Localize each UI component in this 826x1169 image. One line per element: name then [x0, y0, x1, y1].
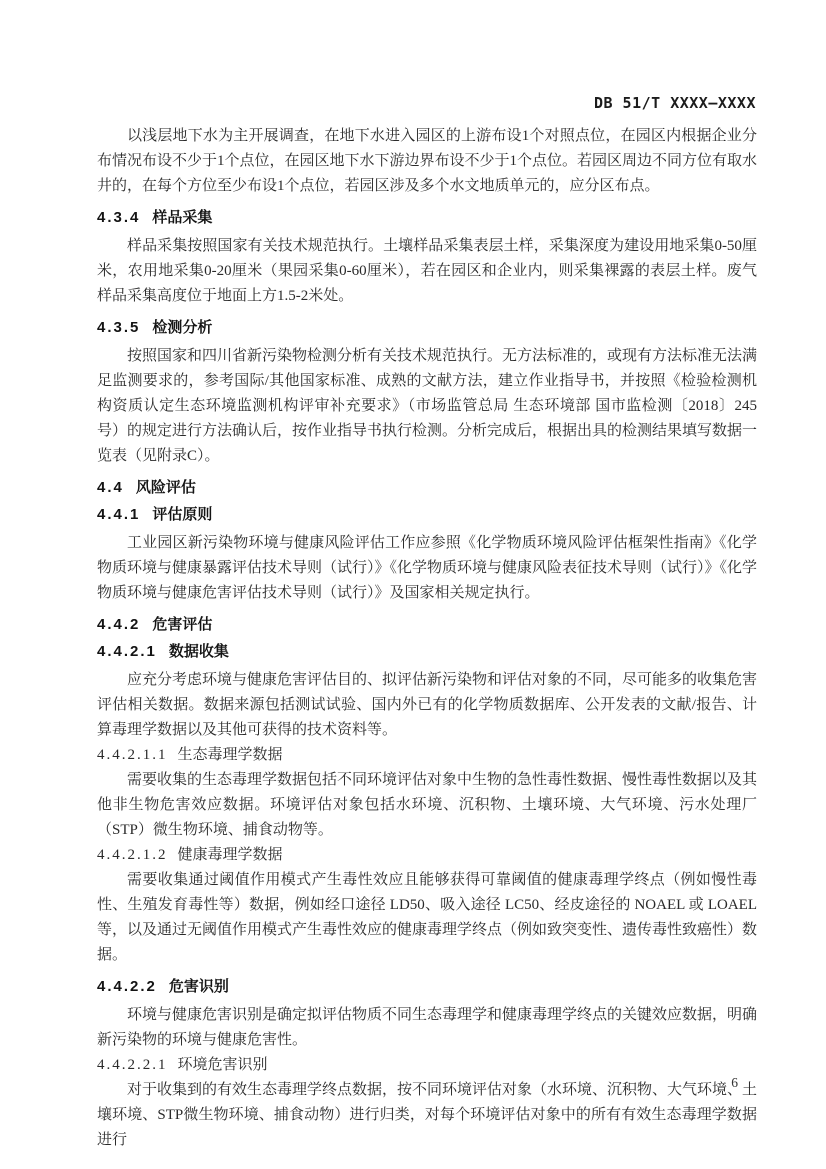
heading-number: 4.4.2.2.1 — [97, 1057, 168, 1073]
para-environmental-hazard-identification: 对于收集到的有效生态毒理学终点数据，按不同环境评估对象（水环境、沉积物、大气环境… — [97, 1078, 757, 1153]
heading-assessment-principles: 4.4.1评估原则 — [97, 506, 757, 523]
heading-number: 4.4.1 — [97, 506, 140, 523]
heading-number: 4.4.2 — [97, 616, 140, 633]
heading-sample-collection: 4.3.4样品采集 — [97, 209, 757, 226]
heading-number: 4.3.5 — [97, 319, 140, 336]
heading-risk-assessment: 4.4风险评估 — [97, 479, 757, 496]
heading-title: 评估原则 — [152, 506, 212, 523]
subheading-environmental-hazard-identification: 4.4.2.2.1环境危害识别 — [97, 1053, 757, 1078]
page-number: 6 — [731, 1075, 738, 1091]
heading-number: 4.4.2.1.1 — [97, 747, 168, 763]
heading-number: 4.4.2.1 — [97, 643, 157, 660]
para-detection-analysis: 按照国家和四川省新污染物检测分析有关技术规范执行。无方法标准的，或现有方法标准无… — [97, 344, 757, 469]
heading-title: 危害评估 — [152, 616, 212, 633]
heading-title: 风险评估 — [136, 479, 196, 496]
subheading-health-toxicology-data: 4.4.2.1.2健康毒理学数据 — [97, 843, 757, 868]
document-body: 以浅层地下水为主开展调查，在地下水进入园区的上游布设1个对照点位，在园区内根据企… — [97, 124, 757, 1153]
heading-title: 检测分析 — [152, 319, 212, 336]
heading-hazard-identification: 4.4.2.2危害识别 — [97, 978, 757, 995]
para-data-collection: 应充分考虑环境与健康危害评估目的、拟评估新污染物和评估对象的不同，尽可能多的收集… — [97, 668, 757, 743]
para-sample-collection: 样品采集按照国家有关技术规范执行。土壤样品采集表层土样，采集深度为建设用地采集0… — [97, 234, 757, 309]
heading-title: 环境危害识别 — [178, 1057, 268, 1073]
heading-number: 4.4.2.2 — [97, 978, 157, 995]
para-health-toxicology-data: 需要收集通过阈值作用模式产生毒性效应且能够获得可靠阈值的健康毒理学终点（例如慢性… — [97, 868, 757, 968]
para-assessment-principles: 工业园区新污染物环境与健康风险评估工作应参照《化学物质环境风险评估框架性指南》《… — [97, 531, 757, 606]
document-page: { "header": { "doc_code": "DB 51/T XXXX—… — [0, 0, 826, 1169]
heading-title: 危害识别 — [169, 978, 229, 995]
document-code-header: DB 51/T XXXX—XXXX — [594, 94, 756, 112]
heading-number: 4.3.4 — [97, 209, 140, 226]
subheading-ecotoxicology-data: 4.4.2.1.1生态毒理学数据 — [97, 743, 757, 768]
para-hazard-identification: 环境与健康危害识别是确定拟评估物质不同生态毒理学和健康毒理学终点的关键效应数据，… — [97, 1003, 757, 1053]
heading-title: 健康毒理学数据 — [178, 847, 283, 863]
heading-data-collection: 4.4.2.1数据收集 — [97, 643, 757, 660]
para-groundwater-survey: 以浅层地下水为主开展调查，在地下水进入园区的上游布设1个对照点位，在园区内根据企… — [97, 124, 757, 199]
heading-title: 样品采集 — [152, 209, 212, 226]
heading-hazard-assessment: 4.4.2危害评估 — [97, 616, 757, 633]
heading-title: 生态毒理学数据 — [178, 747, 283, 763]
heading-title: 数据收集 — [169, 643, 229, 660]
heading-number: 4.4.2.1.2 — [97, 847, 168, 863]
heading-detection-analysis: 4.3.5检测分析 — [97, 319, 757, 336]
heading-number: 4.4 — [97, 479, 124, 496]
para-ecotoxicology-data: 需要收集的生态毒理学数据包括不同环境评估对象中生物的急性毒性数据、慢性毒性数据以… — [97, 768, 757, 843]
